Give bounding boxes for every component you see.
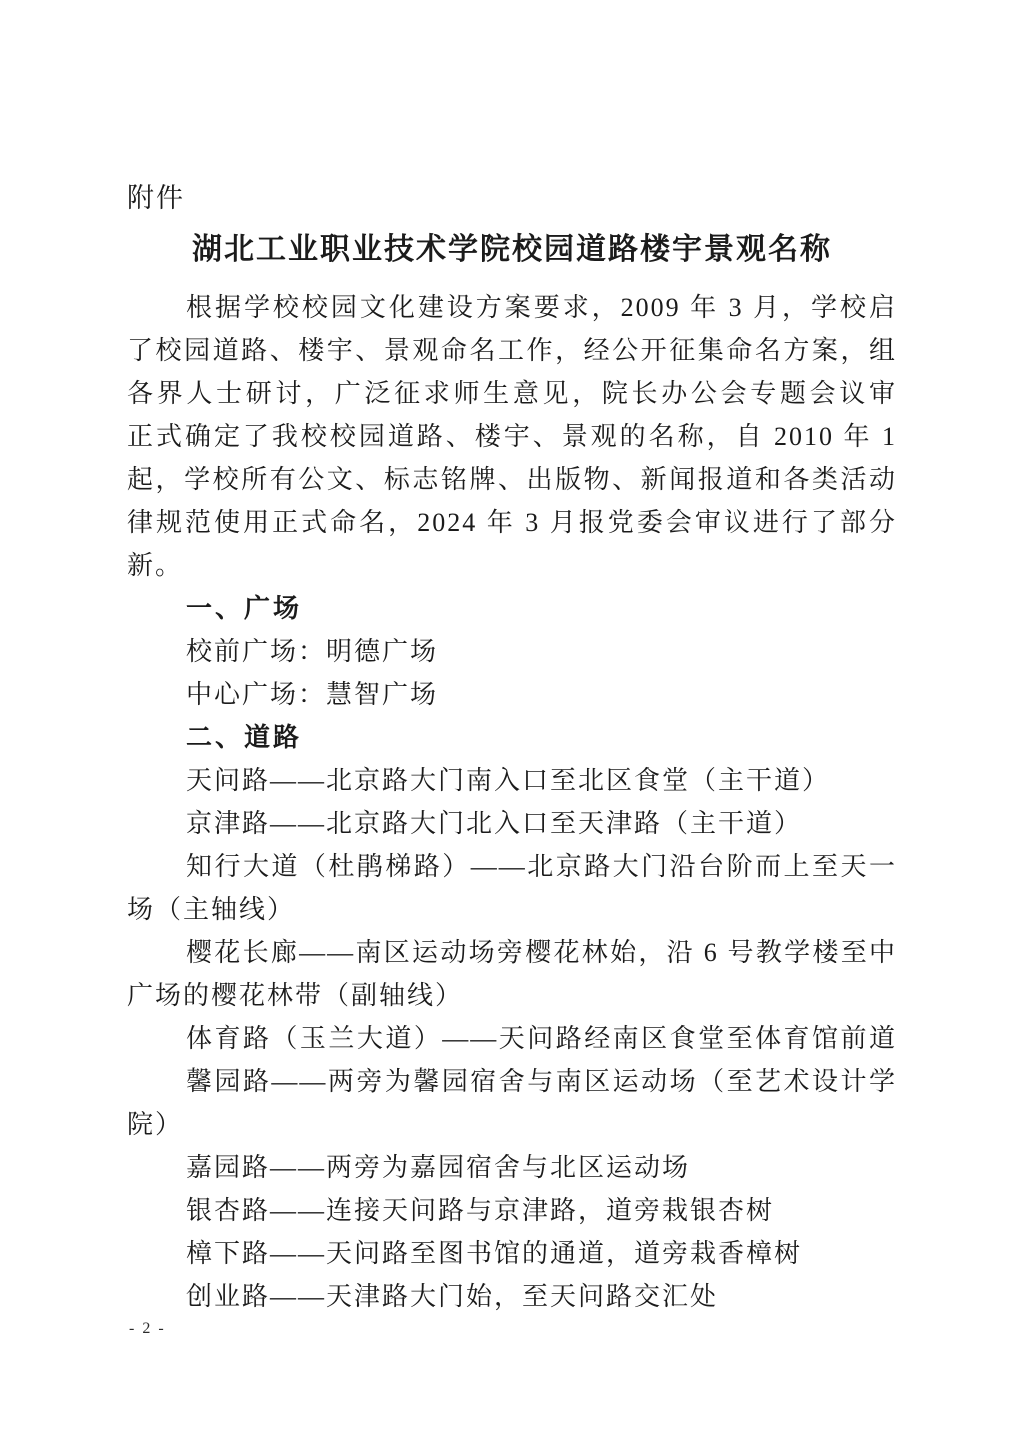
- document-line: 广场的樱花林带（副轴线）: [127, 974, 897, 1017]
- document-line: 正式确定了我校校园道路、楼宇、景观的名称，自 2010 年 1 月: [127, 415, 897, 458]
- document-line: 创业路——天津路大门始，至天问路交汇处: [127, 1275, 897, 1318]
- document-line: 校前广场：明德广场: [127, 630, 897, 673]
- document-line: 院）: [127, 1103, 897, 1146]
- document-line: 起，学校所有公文、标志铭牌、出版物、新闻报道和各类活动一: [127, 458, 897, 501]
- document-line: 樱花长廊——南区运动场旁樱花林始，沿 6 号教学楼至中心: [127, 931, 897, 974]
- document-line: 场（主轴线）: [127, 888, 897, 931]
- document-line: 馨园路——两旁为馨园宿舍与南区运动场（至艺术设计学: [127, 1060, 897, 1103]
- document-line: 新。: [127, 544, 897, 587]
- document-line: 天问路——北京路大门南入口至北区食堂（主干道）: [127, 759, 897, 802]
- document-line: 了校园道路、楼宇、景观命名工作，经公开征集命名方案，组织: [127, 329, 897, 372]
- document-line: 京津路——北京路大门北入口至天津路（主干道）: [127, 802, 897, 845]
- document-line: 各界人士研讨，广泛征求师生意见，院长办公会专题会议审议，: [127, 372, 897, 415]
- attachment-label: 附件: [127, 176, 185, 215]
- document-line: 银杏路——连接天问路与京津路，道旁栽银杏树: [127, 1189, 897, 1232]
- document-line: 樟下路——天问路至图书馆的通道，道旁栽香樟树: [127, 1232, 897, 1275]
- document-line: 一、广场: [127, 587, 897, 630]
- document-line: 体育路（玉兰大道）——天问路经南区食堂至体育馆前道路: [127, 1017, 897, 1060]
- page-title: 湖北工业职业技术学院校园道路楼宇景观名称: [127, 224, 897, 268]
- document-line: 二、道路: [127, 716, 897, 759]
- page-number: - 2 -: [129, 1320, 166, 1338]
- document-page: 附件 湖北工业职业技术学院校园道路楼宇景观名称 根据学校校园文化建设方案要求，2…: [0, 0, 1024, 1448]
- document-line: 嘉园路——两旁为嘉园宿舍与北区运动场: [127, 1146, 897, 1189]
- document-line: 中心广场：慧智广场: [127, 673, 897, 716]
- document-body: 根据学校校园文化建设方案要求，2009 年 3 月，学校启动了校园道路、楼宇、景…: [127, 286, 897, 1318]
- document-line: 律规范使用正式命名，2024 年 3 月报党委会审议进行了部分更: [127, 501, 897, 544]
- document-line: 知行大道（杜鹃梯路）——北京路大门沿台阶而上至天一剧: [127, 845, 897, 888]
- document-line: 根据学校校园文化建设方案要求，2009 年 3 月，学校启动: [127, 286, 897, 329]
